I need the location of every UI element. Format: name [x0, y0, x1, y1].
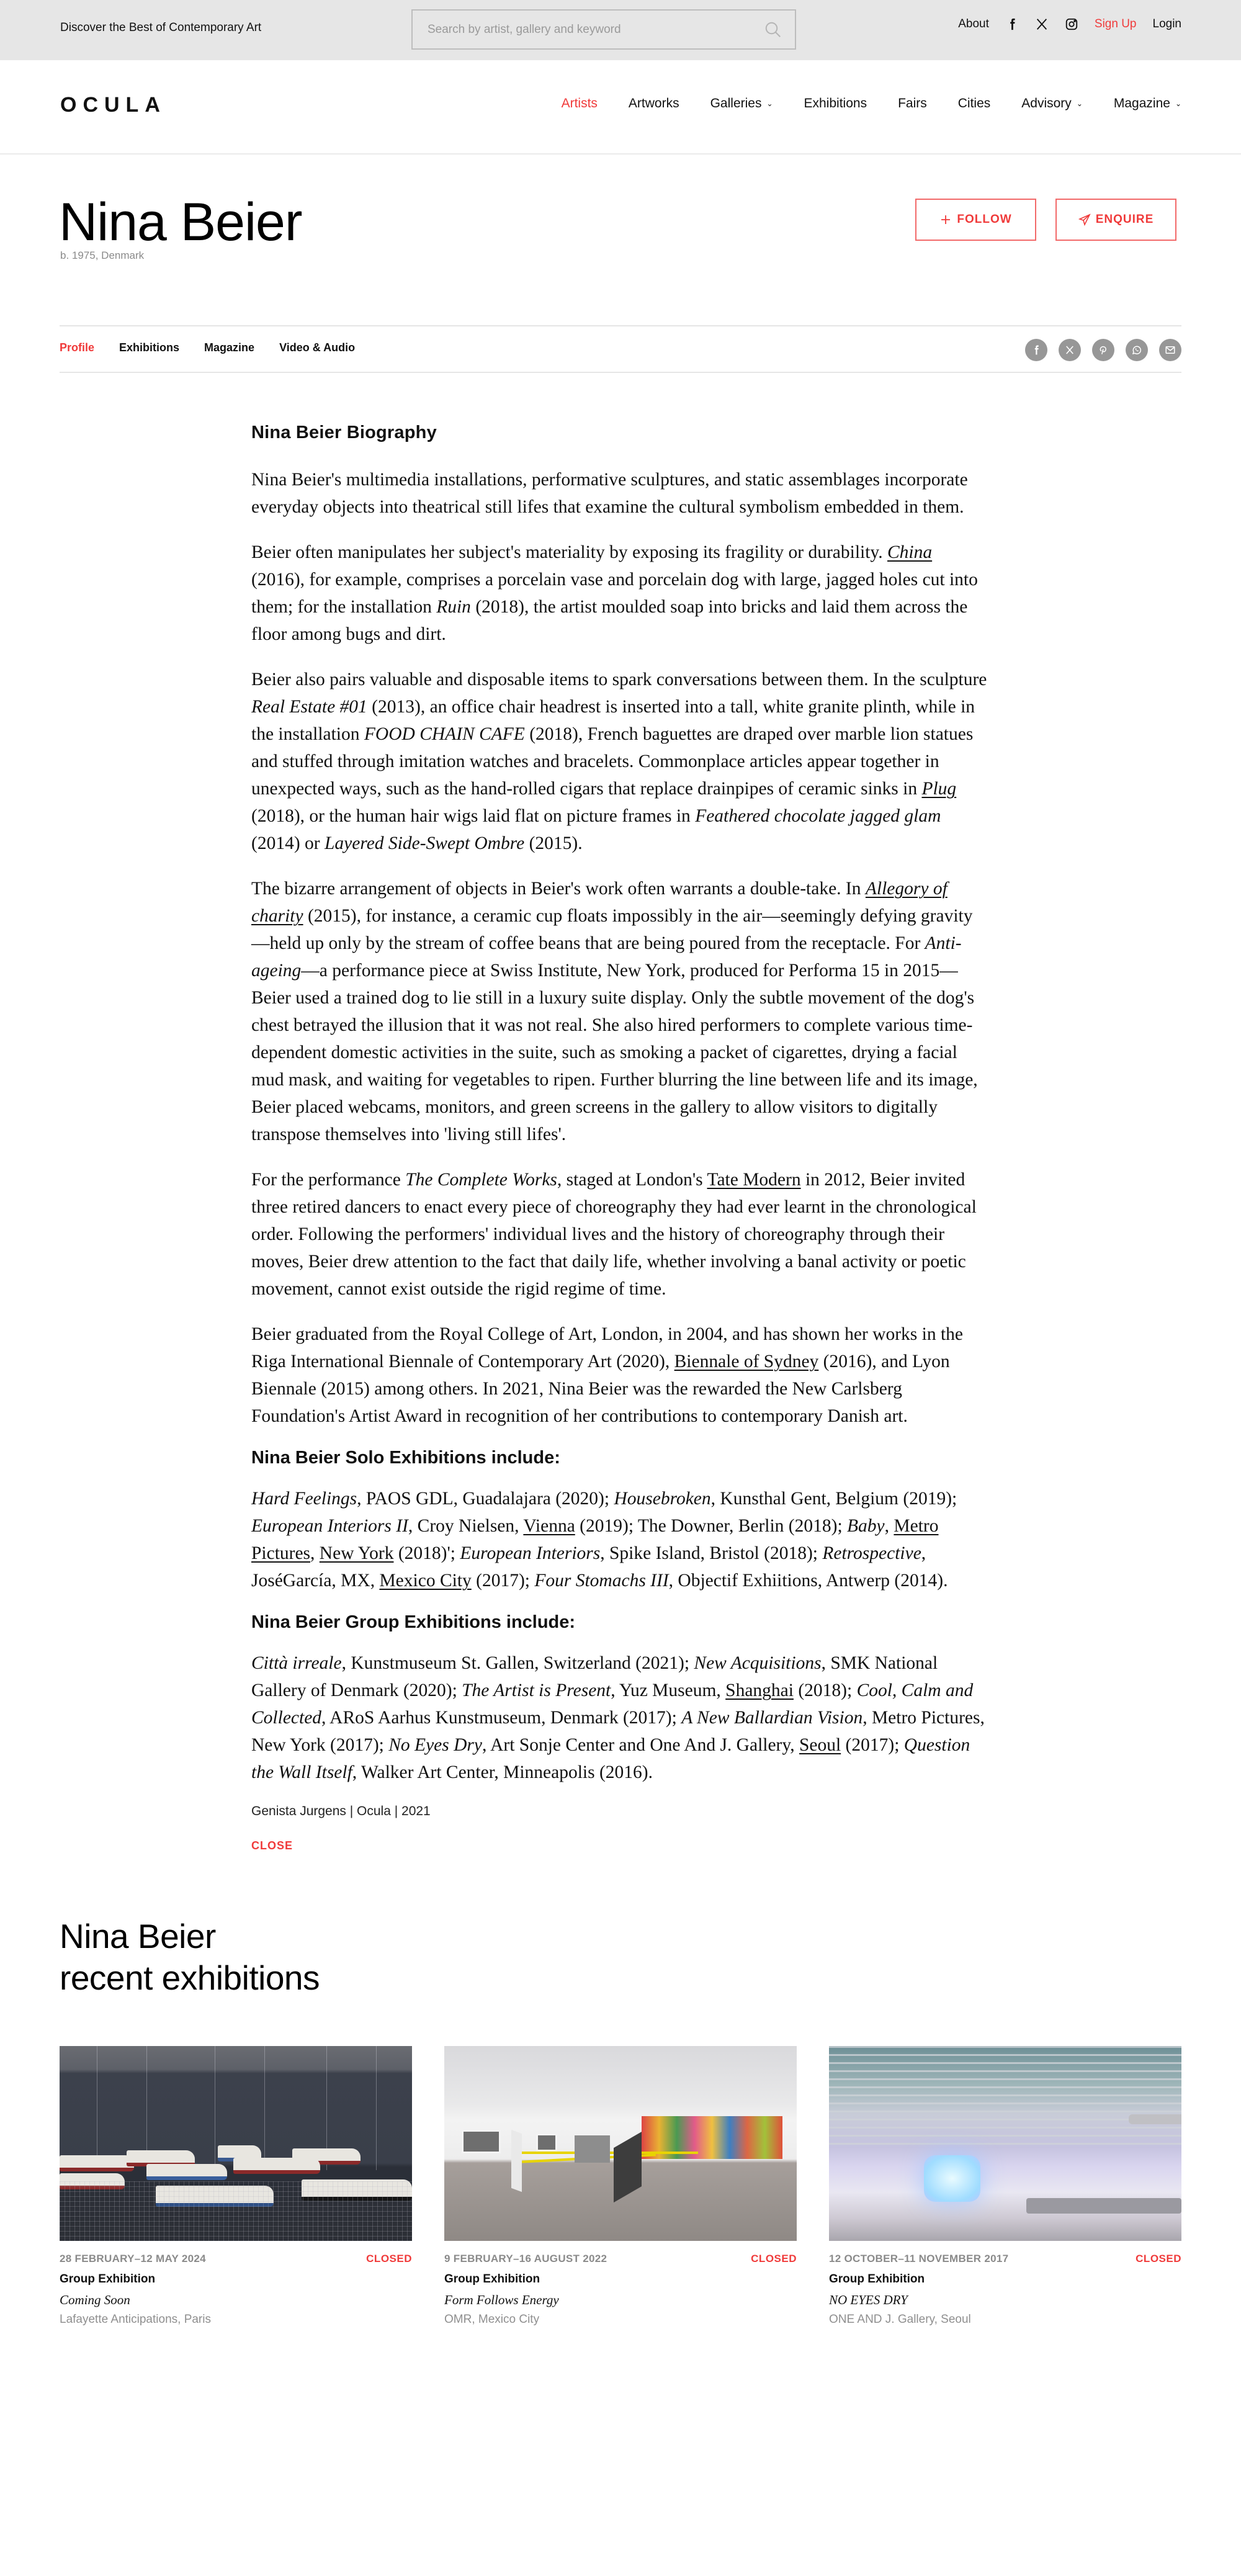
bio-paragraph: The bizarre arrangement of objects in Be…	[251, 875, 990, 1148]
nav-item-advisory[interactable]: Advisory⌄	[1021, 96, 1083, 111]
exhibition-card[interactable]: 12 OCTOBER–11 NOVEMBER 2017 CLOSED Group…	[829, 2046, 1181, 2327]
bio-paragraph: Nina Beier's multimedia installations, p…	[251, 466, 990, 521]
pinterest-icon	[1098, 344, 1109, 356]
sign-up-link[interactable]: Sign Up	[1095, 17, 1137, 31]
share-pinterest-button[interactable]	[1092, 339, 1114, 361]
bio-paragraph: Beier graduated from the Royal College o…	[251, 1321, 990, 1430]
site-tagline: Discover the Best of Contemporary Art	[60, 21, 261, 35]
search-input[interactable]	[413, 11, 764, 48]
paper-plane-icon	[1078, 213, 1091, 226]
profile-tabs-bar: Profile Exhibitions Magazine Video & Aud…	[60, 325, 1181, 373]
main-navigation: OCULA Artists Artworks Galleries⌄ Exhibi…	[0, 60, 1241, 155]
instagram-icon	[1065, 17, 1078, 31]
share-email-button[interactable]	[1159, 339, 1181, 361]
exhibition-dates: 12 OCTOBER–11 NOVEMBER 2017	[829, 2253, 1008, 2265]
solo-exhibitions-list: Hard Feelings, PAOS GDL, Guadalajara (20…	[251, 1485, 990, 1594]
exhibition-status: CLOSED	[1136, 2253, 1181, 2265]
artist-header: Nina Beier b. 1975, Denmark FOLLOW ENQUI…	[0, 155, 1241, 325]
bio-paragraph: Beier often manipulates her subject's ma…	[251, 539, 990, 648]
exhibition-status: CLOSED	[366, 2253, 412, 2265]
inline-link[interactable]: Plug	[921, 779, 956, 799]
exhibition-status: CLOSED	[751, 2253, 797, 2265]
exhibition-type: Group Exhibition	[829, 2273, 1181, 2286]
nav-label: Fairs	[898, 96, 927, 111]
artist-name: Nina Beier	[59, 192, 302, 253]
nav-item-fairs[interactable]: Fairs	[898, 96, 927, 111]
share-buttons	[1025, 339, 1181, 361]
tab-exhibitions[interactable]: Exhibitions	[119, 341, 179, 354]
tab-video-audio[interactable]: Video & Audio	[279, 341, 355, 354]
exhibition-title: Coming Soon	[60, 2292, 412, 2308]
top-utility-bar: Discover the Best of Contemporary Art Ab…	[0, 0, 1241, 60]
chevron-down-icon: ⌄	[1077, 99, 1083, 108]
follow-button[interactable]: FOLLOW	[915, 199, 1036, 241]
inline-link[interactable]: Vienna	[523, 1516, 575, 1536]
bio-paragraph: Beier also pairs valuable and disposable…	[251, 666, 990, 857]
exhibition-image-gallery-installation[interactable]	[444, 2046, 797, 2241]
close-biography-link[interactable]: CLOSE	[251, 1839, 293, 1852]
solo-exhibitions-heading: Nina Beier Solo Exhibitions include:	[251, 1448, 990, 1468]
exhibition-cards: 28 FEBRUARY–12 MAY 2024 CLOSED Group Exh…	[60, 2046, 1181, 2327]
inline-link[interactable]: New York	[320, 1543, 394, 1563]
group-exhibitions-list: Città irreale, Kunstmuseum St. Gallen, S…	[251, 1649, 990, 1786]
share-facebook-button[interactable]	[1025, 339, 1047, 361]
exhibition-venue: OMR, Mexico City	[444, 2313, 797, 2327]
x-icon	[1035, 17, 1049, 31]
exhibition-venue: Lafayette Anticipations, Paris	[60, 2313, 412, 2327]
main-nav-list: Artists Artworks Galleries⌄ Exhibitions …	[531, 96, 1181, 111]
nav-label: Cities	[958, 96, 991, 111]
nav-item-cities[interactable]: Cities	[958, 96, 991, 111]
share-whatsapp-button[interactable]	[1126, 339, 1148, 361]
facebook-link[interactable]	[1005, 17, 1019, 31]
nav-label: Artworks	[629, 96, 679, 111]
inline-link[interactable]: China	[887, 542, 932, 562]
biography-section: Nina Beier Biography Nina Beier's multim…	[251, 373, 990, 1852]
inline-link[interactable]: Allegory of charity	[251, 879, 948, 926]
heading-subtitle: recent exhibitions	[60, 1959, 320, 1997]
inline-link[interactable]: Biennale of Sydney	[674, 1352, 819, 1371]
author-credit: Genista Jurgens | Ocula | 2021	[251, 1804, 990, 1819]
chevron-down-icon: ⌄	[1175, 99, 1181, 108]
group-exhibitions-heading: Nina Beier Group Exhibitions include:	[251, 1612, 990, 1633]
bio-paragraph: For the performance The Complete Works, …	[251, 1166, 990, 1303]
exhibition-type: Group Exhibition	[60, 2273, 412, 2286]
plus-icon	[939, 213, 952, 226]
facebook-icon	[1005, 17, 1019, 31]
nav-label: Advisory	[1021, 96, 1072, 111]
email-icon	[1165, 344, 1176, 356]
search-box[interactable]	[411, 9, 796, 50]
exhibition-card[interactable]: 28 FEBRUARY–12 MAY 2024 CLOSED Group Exh…	[60, 2046, 412, 2327]
exhibition-title: NO EYES DRY	[829, 2292, 1181, 2308]
share-x-button[interactable]	[1059, 339, 1081, 361]
inline-link[interactable]: Tate Modern	[707, 1170, 800, 1190]
inline-link[interactable]: Shanghai	[725, 1681, 794, 1700]
login-link[interactable]: Login	[1153, 17, 1182, 31]
inline-link[interactable]: Seoul	[799, 1735, 841, 1755]
utility-links: About Sign Up Login	[942, 17, 1181, 31]
nav-item-exhibitions[interactable]: Exhibitions	[804, 96, 867, 111]
instagram-link[interactable]	[1065, 17, 1078, 31]
tab-magazine[interactable]: Magazine	[204, 341, 254, 354]
biography-heading: Nina Beier Biography	[251, 423, 990, 443]
recent-exhibitions-section: Nina Beier recent exhibitions	[60, 1852, 1181, 2370]
heading-artist-name: Nina Beier	[60, 1917, 216, 1955]
exhibition-type: Group Exhibition	[444, 2273, 797, 2286]
recent-exhibitions-heading: Nina Beier recent exhibitions	[60, 1916, 1181, 1999]
enquire-button[interactable]: ENQUIRE	[1055, 199, 1176, 241]
nav-item-magazine[interactable]: Magazine⌄	[1114, 96, 1181, 111]
chevron-down-icon: ⌄	[766, 99, 773, 108]
nav-item-galleries[interactable]: Galleries⌄	[710, 96, 773, 111]
search-icon[interactable]	[764, 20, 782, 39]
whatsapp-icon	[1131, 344, 1142, 356]
nav-label: Galleries	[710, 96, 762, 111]
follow-label: FOLLOW	[957, 213, 1011, 227]
enquire-label: ENQUIRE	[1096, 213, 1154, 227]
profile-tabs: Profile Exhibitions Magazine Video & Aud…	[60, 341, 380, 354]
exhibition-dates: 9 FEBRUARY–16 AUGUST 2022	[444, 2253, 607, 2265]
nav-label: Artists	[562, 96, 598, 111]
exhibition-title: Form Follows Energy	[444, 2292, 797, 2308]
artist-birth-info: b. 1975, Denmark	[60, 249, 144, 262]
x-link[interactable]	[1035, 17, 1049, 31]
exhibition-dates: 28 FEBRUARY–12 MAY 2024	[60, 2253, 206, 2265]
facebook-icon	[1031, 344, 1042, 356]
nav-item-artworks[interactable]: Artworks	[629, 96, 679, 111]
nav-item-artists[interactable]: Artists	[562, 96, 598, 111]
inline-link[interactable]: Mexico City	[379, 1571, 471, 1591]
tab-profile[interactable]: Profile	[60, 341, 94, 354]
exhibition-image-ship-models[interactable]	[60, 2046, 412, 2241]
exhibition-card[interactable]: 9 FEBRUARY–16 AUGUST 2022 CLOSED Group E…	[444, 2046, 797, 2327]
x-icon	[1064, 344, 1075, 356]
exhibition-venue: ONE AND J. Gallery, Seoul	[829, 2313, 1181, 2327]
ocula-logo[interactable]: OCULA	[60, 93, 166, 117]
nav-label: Exhibitions	[804, 96, 867, 111]
exhibition-image-humidifier[interactable]	[829, 2046, 1181, 2241]
nav-label: Magazine	[1114, 96, 1170, 111]
about-link[interactable]: About	[958, 17, 989, 31]
